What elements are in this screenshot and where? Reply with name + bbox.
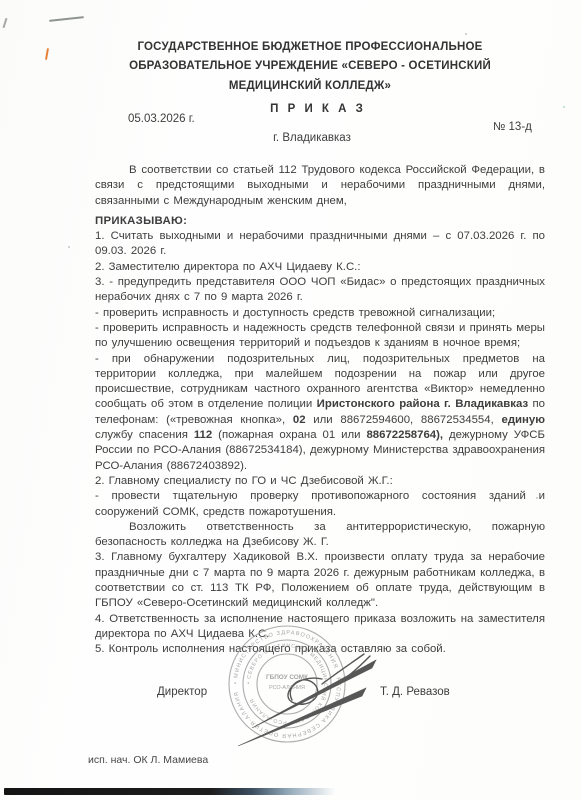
signature-wedge — [238, 688, 366, 746]
document-type-title: П Р И К А З — [0, 103, 581, 115]
intro-paragraph: В соответствии со статьей 112 Трудового … — [95, 163, 545, 209]
order-item-3b: 3. Главному бухгалтеру Хадиковой В.Х. пр… — [95, 550, 545, 611]
order-item-2b: 2. Главному специалисту по ГО и ЧС Дзеби… — [95, 474, 545, 489]
text-segment: службу спасения — [95, 429, 194, 441]
order-item-3: 3. - предупредить представителя ООО ЧОП … — [95, 275, 545, 306]
resolution-word: ПРИКАЗЫВАЮ: — [95, 214, 545, 229]
text-segment: (пожарная охрана 01 или — [212, 429, 366, 441]
scanned-order-document: ГОСУДАРСТВЕННОЕ БЮДЖЕТНОЕ ПРОФЕССИОНАЛЬН… — [0, 0, 581, 800]
order-subitem-suspicious: - при обнаружении подозрительных лиц, по… — [95, 352, 545, 474]
scan-artifact-pen-line — [49, 16, 84, 22]
order-item-2: 2. Заместителю директора по АХЧ Цидаеву … — [95, 260, 545, 275]
organization-name-line: МЕДИЦИНСКИЙ КОЛЛЕДЖ» — [60, 77, 560, 96]
document-body: В соответствии со статьей 112 Трудового … — [95, 163, 545, 658]
document-city: г. Владикавказ — [0, 132, 581, 144]
signature-role: Директор — [157, 686, 207, 698]
text-segment-bold: 02 — [293, 414, 306, 426]
organization-name-line: ОБРАЗОВАТЕЛЬНОЕ УЧРЕЖДЕНИЕ «СЕВЕРО - ОСЕ… — [60, 57, 560, 76]
text-segment-bold: 112 — [194, 429, 212, 441]
organization-name-line: ГОСУДАРСТВЕННОЕ БЮДЖЕТНОЕ ПРОФЕССИОНАЛЬН… — [60, 38, 560, 57]
director-signature — [230, 632, 390, 752]
text-segment-bold: единую — [501, 414, 545, 426]
scan-speck — [68, 246, 70, 248]
text-segment: или 88672594600, 88672534554, — [306, 414, 502, 426]
order-subitem-fire-check: - провести тщательную проверку противопо… — [95, 489, 545, 520]
order-subitem-alarm: - проверить исправность и доступность ср… — [95, 306, 545, 321]
organization-name: ГОСУДАРСТВЕННОЕ БЮДЖЕТНОЕ ПРОФЕССИОНАЛЬН… — [60, 38, 560, 96]
executor-note: исп. нач. ОК Л. Мамиева — [88, 754, 208, 766]
order-item-1: 1. Считать выходными и нерабочими праздн… — [95, 229, 545, 260]
text-segment-bold: Иристонского района г. Владикавказ — [317, 398, 528, 410]
scan-artifact-orange-mark — [45, 48, 49, 60]
responsibility-paragraph: Возложить ответственность за антитеррори… — [95, 520, 545, 551]
text-segment-bold: 88672258764), — [366, 429, 443, 441]
scan-artifact-slash-mark — [3, 18, 8, 28]
scan-speck — [465, 33, 467, 35]
signature-name: Т. Д. Ревазов — [380, 686, 450, 698]
scan-edge-artifact — [4, 788, 349, 795]
order-subitem-phone: - проверить исправность и надежность сре… — [95, 321, 545, 352]
